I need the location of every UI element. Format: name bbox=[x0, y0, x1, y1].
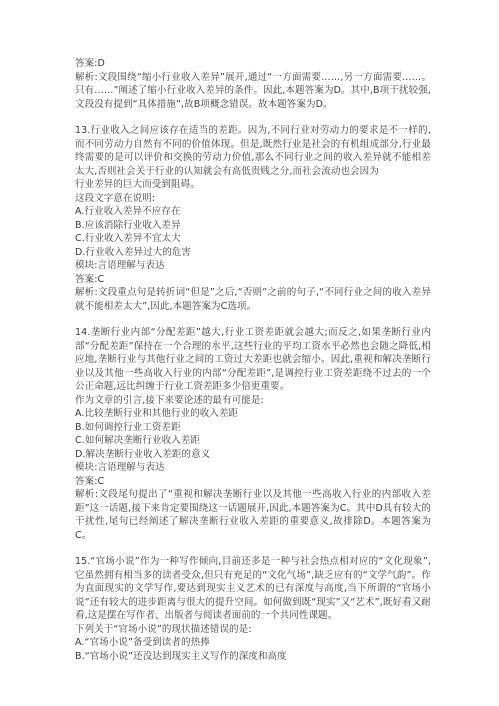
question-13-option-d: D.行业收入差异过大的危害 bbox=[75, 246, 431, 260]
document-page: 答案:D 解析:文段围绕“缩小行业收入差异”展开,通过“一方面需要……,另一方面… bbox=[0, 0, 499, 706]
question-14-prompt: 作为文章的引言,接下来要论述的最有可能是: bbox=[75, 394, 431, 408]
question-13-option-c: C.行业收入差异不宜太大 bbox=[75, 232, 431, 246]
question-15: 15.“官场小说”作为一种写作倾向,目前还多是一种与社会热点相对应的“文化现象”… bbox=[75, 555, 431, 663]
analysis-paragraph: 解析:文段围绕“缩小行业收入差异”展开,通过“一方面需要……,另一方面需要……。… bbox=[75, 71, 431, 112]
question-14-option-a: A.比较垄断行业和其他行业的收入差距 bbox=[75, 407, 431, 421]
question-13-analysis: 解析:文段重点句是转折词“但是”之后,“否则”之前的句子,“不同行业之间的收入差… bbox=[75, 286, 431, 313]
question-14: 14.垄断行业内部“分配差距”越大,行业工资差距就会越大;而反之,如果垄断行业内… bbox=[75, 326, 431, 542]
question-13-stem-continued: 行业差异的巨大而受到阻碍。 bbox=[75, 178, 431, 192]
prev-question-answer-block: 答案:D 解析:文段围绕“缩小行业收入差异”展开,通过“一方面需要……,另一方面… bbox=[75, 57, 431, 111]
question-13-answer-line: 答案:C bbox=[75, 273, 431, 287]
question-14-analysis: 解析:文段尾句提出了“重视和解决垄断行业以及其他一些高收入行业的内部收入差距”这… bbox=[75, 488, 431, 542]
answer-line: 答案:D bbox=[75, 57, 431, 71]
question-13-prompt: 这段文字意在说明: bbox=[75, 192, 431, 206]
document-content: 答案:D 解析:文段围绕“缩小行业收入差异”展开,通过“一方面需要……,另一方面… bbox=[0, 0, 499, 663]
question-13-option-b: B.应该消除行业收入差异 bbox=[75, 219, 431, 233]
question-13-stem: 13.行业收入之间应该存在适当的差距。因为,不同行业对劳动力的要求是不一样的,而… bbox=[75, 124, 431, 178]
question-13-option-a: A.行业收入差异不应存在 bbox=[75, 205, 431, 219]
question-15-option-b: B.“官场小说”还没达到现实主义写作的深度和高度 bbox=[75, 650, 431, 664]
question-15-stem: 15.“官场小说”作为一种写作倾向,目前还多是一种与社会热点相对应的“文化现象”… bbox=[75, 555, 431, 623]
question-14-stem: 14.垄断行业内部“分配差距”越大,行业工资差距就会越大;而反之,如果垄断行业内… bbox=[75, 326, 431, 394]
question-13-module-line: 模块:言语理解与表达 bbox=[75, 259, 431, 273]
question-14-module-line: 模块:言语理解与表达 bbox=[75, 461, 431, 475]
question-13: 13.行业收入之间应该存在适当的差距。因为,不同行业对劳动力的要求是不一样的,而… bbox=[75, 124, 431, 313]
question-14-option-c: C.如何解决垄断行业收入差距 bbox=[75, 434, 431, 448]
question-15-prompt: 下列关于“官场小说”的现状描述错误的是: bbox=[75, 623, 431, 637]
question-14-answer-line: 答案:C bbox=[75, 475, 431, 489]
question-14-option-d: D.解决垄断行业收入差距的意义 bbox=[75, 448, 431, 462]
question-15-option-a: A.“官场小说”备受到读者的热捧 bbox=[75, 636, 431, 650]
question-14-option-b: B.如何调控行业工资差距 bbox=[75, 421, 431, 435]
